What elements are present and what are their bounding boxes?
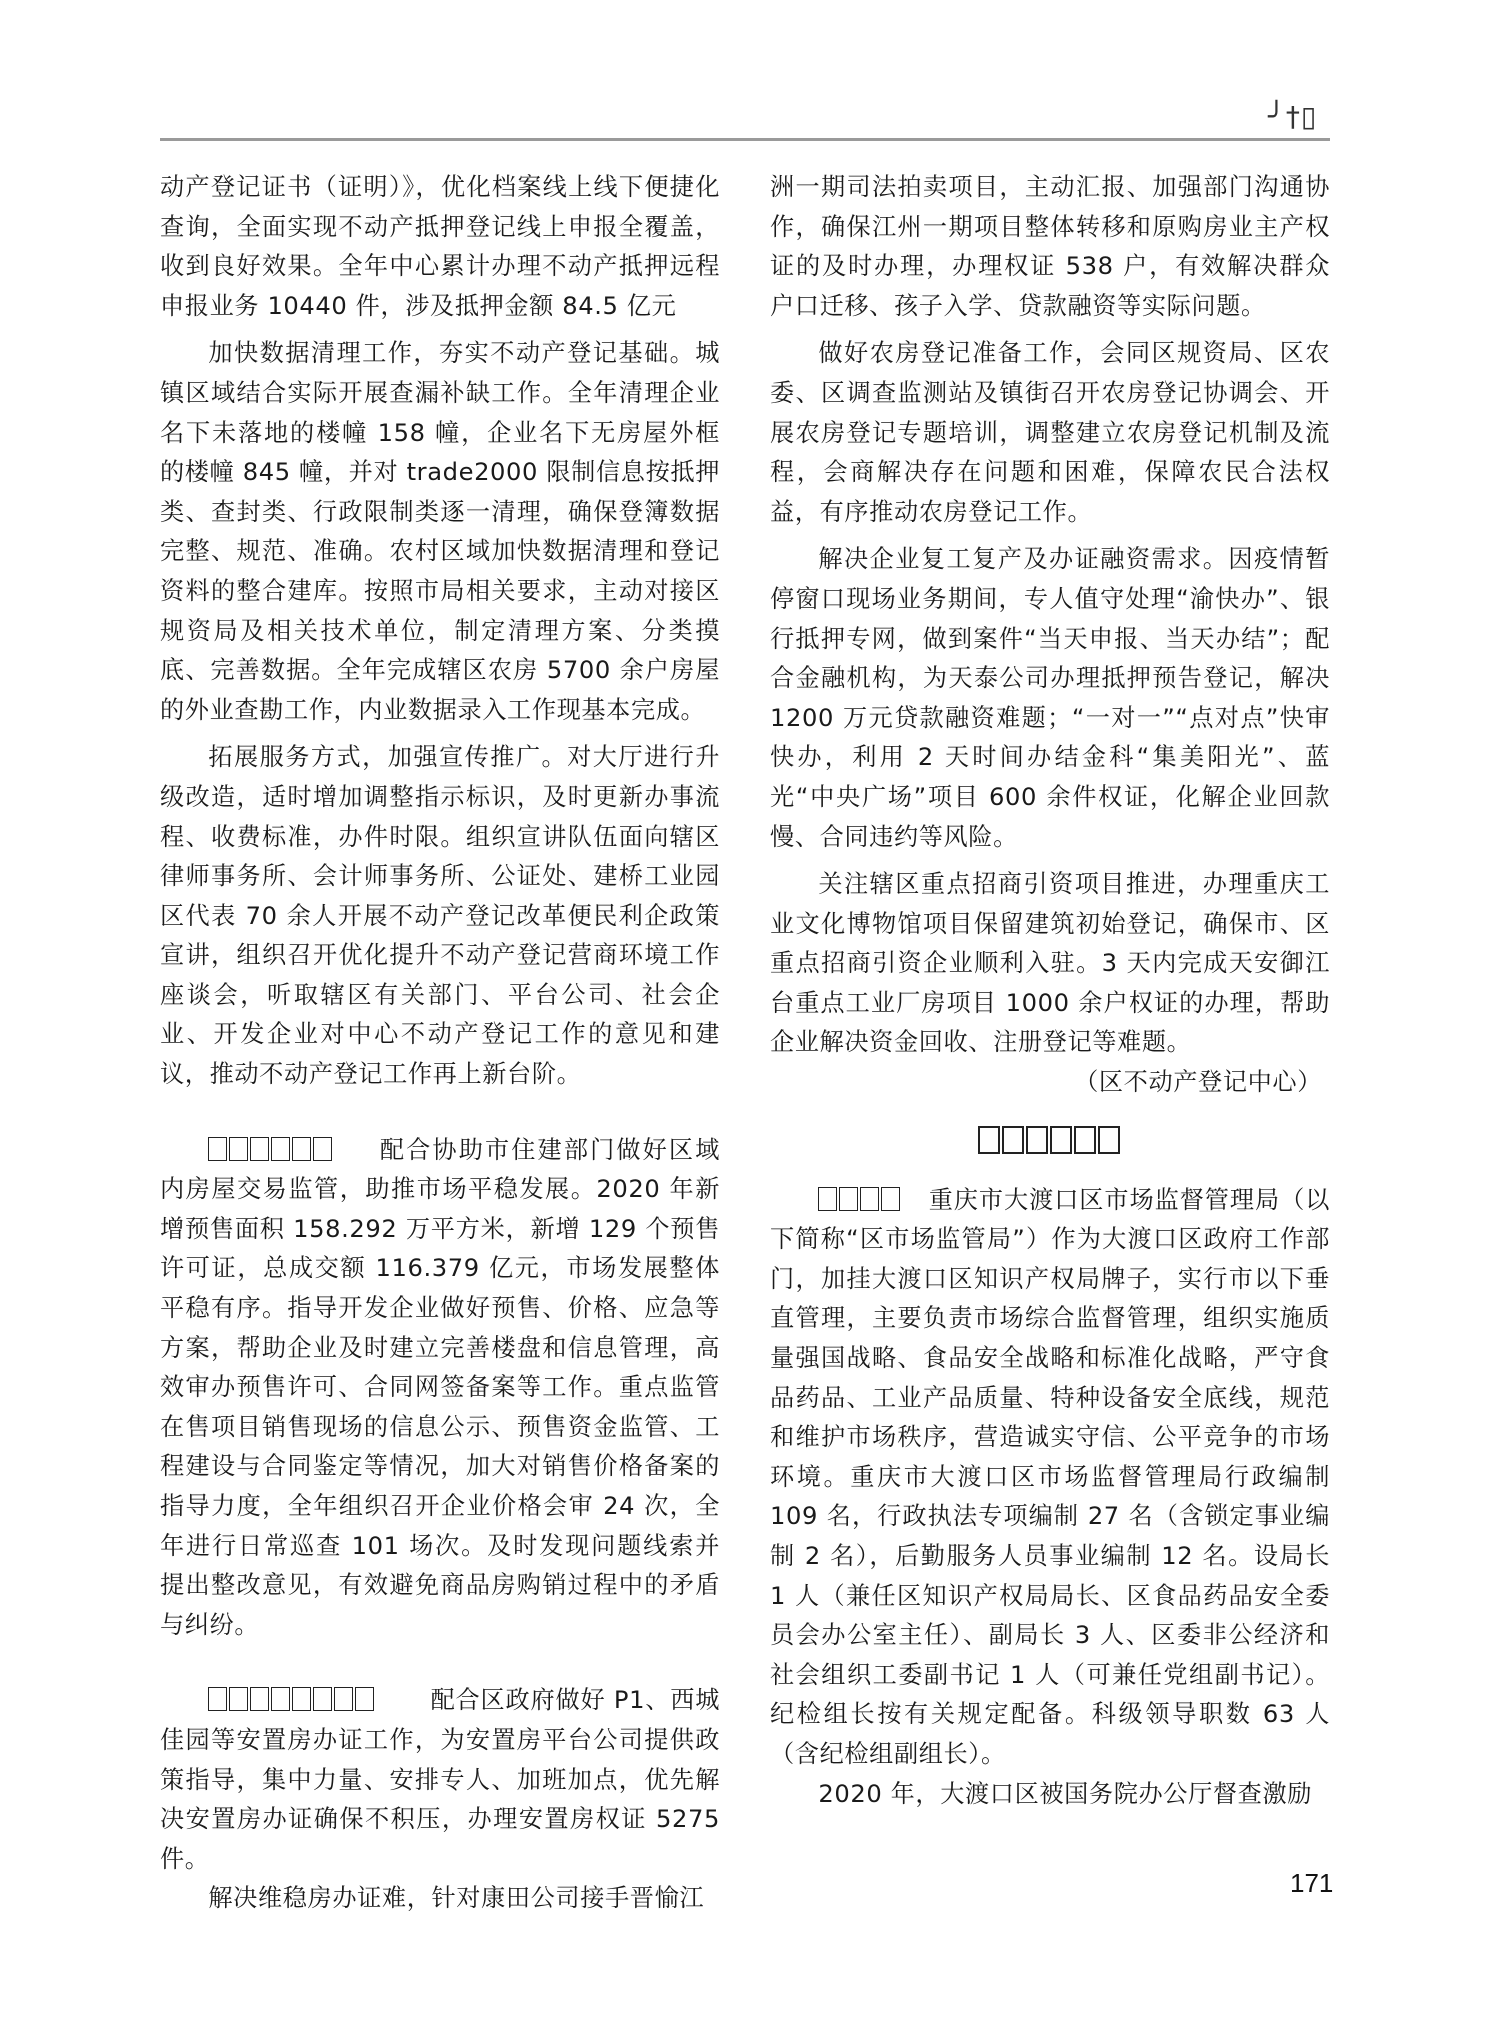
missing-glyph-box: [229, 1687, 248, 1711]
missing-glyph-box: [208, 1137, 227, 1161]
article-signature: （区不动产登记中心）: [770, 1063, 1330, 1103]
page-number: 171: [1290, 1868, 1333, 1899]
missing-glyph-box: [292, 1687, 311, 1711]
header-rule: [160, 138, 1330, 141]
missing-glyph-box: [1026, 1126, 1048, 1154]
paragraph: 做好农房登记准备工作，会同区规资局、区农委、区调查监测站及镇街召开农房登记协调会…: [770, 334, 1330, 532]
paragraph: 关注辖区重点招商引资项目推进，办理重庆工业文化博物馆项目保留建筑初始登记，确保市…: [770, 865, 1330, 1063]
paragraph: 2020 年，大渡口区被国务院办公厅督查激励: [770, 1775, 1330, 1815]
missing-glyph-box: [313, 1687, 332, 1711]
missing-glyph-box: [334, 1687, 353, 1711]
missing-glyph-box: [229, 1137, 248, 1161]
missing-glyph-box: [881, 1187, 900, 1211]
right-column: 洲一期司法拍卖项目，主动汇报、加强部门沟通协作，确保江州一期项目整体转移和原购房…: [770, 168, 1330, 1814]
missing-glyph-box: [1002, 1126, 1024, 1154]
missing-glyph-box: [250, 1137, 269, 1161]
section-resettlement-housing: 配合区政府做好 P1、西城佳园等安置房办证工作，为安置房平台公司提供政策指导，集…: [160, 1681, 720, 1879]
paragraph: 动产登记证书（证明）》，优化档案线上线下便捷化查询，全面实现不动产抵押登记线上申…: [160, 168, 720, 326]
article-title: [770, 1113, 1330, 1173]
section-body: 重庆市大渡口区市场监督管理局（以下简称“区市场监管局”）作为大渡口区政府工作部门…: [770, 1186, 1330, 1768]
paragraph: 拓展服务方式，加强宣传推广。对大厅进行升级改造，适时增加调整指示标识，及时更新办…: [160, 738, 720, 1094]
missing-glyph-box: [271, 1137, 290, 1161]
missing-glyph-box: [208, 1687, 227, 1711]
missing-glyph-box: [839, 1187, 858, 1211]
missing-glyph-box: [860, 1187, 879, 1211]
paragraph: 加快数据清理工作，夯实不动产登记基础。城镇区域结合实际开展查漏补缺工作。全年清理…: [160, 334, 720, 730]
section-heading: [208, 1681, 430, 1721]
missing-glyph-box: [250, 1687, 269, 1711]
missing-glyph-box: [313, 1137, 332, 1161]
left-column: 动产登记证书（证明）》，优化档案线上线下便捷化查询，全面实现不动产抵押登记线上申…: [160, 168, 720, 1919]
missing-glyph-box: [292, 1137, 311, 1161]
paragraph: 解决维稳房办证难，针对康田公司接手晋愉江: [160, 1879, 720, 1919]
section-overview: 重庆市大渡口区市场监督管理局（以下简称“区市场监管局”）作为大渡口区政府工作部门…: [770, 1181, 1330, 1775]
section-house-transaction: 配合协助市住建部门做好区域内房屋交易监管，助推市场平稳发展。2020 年新增预售…: [160, 1131, 720, 1646]
paragraph: 洲一期司法拍卖项目，主动汇报、加强部门沟通协作，确保江州一期项目整体转移和原购房…: [770, 168, 1330, 326]
missing-glyph-box: [818, 1187, 837, 1211]
running-header-mark: ╯†▯: [1268, 100, 1317, 133]
missing-glyph-box: [978, 1126, 1000, 1154]
missing-glyph-box: [1074, 1126, 1096, 1154]
paragraph: 解决企业复工复产及办证融资需求。因疫情暂停窗口现场业务期间，专人值守处理“渝快办…: [770, 540, 1330, 857]
missing-glyph-box: [1050, 1126, 1072, 1154]
missing-glyph-box: [271, 1687, 290, 1711]
section-body: 配合协助市住建部门做好区域内房屋交易监管，助推市场平稳发展。2020 年新增预售…: [160, 1136, 720, 1639]
section-heading: [818, 1181, 928, 1221]
missing-glyph-box: [1098, 1126, 1120, 1154]
missing-glyph-box: [355, 1687, 374, 1711]
section-heading: [208, 1131, 378, 1171]
